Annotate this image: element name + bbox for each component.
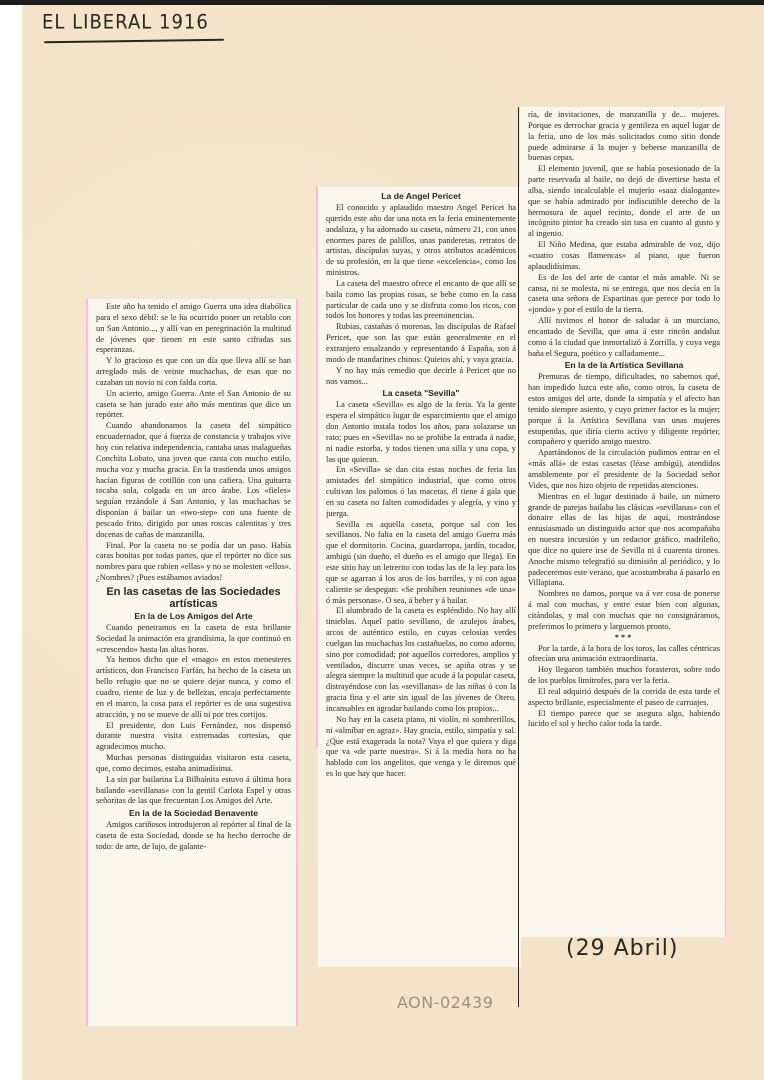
paragraph: El Niño Medina, que estaba admirable de … [528,240,720,273]
paragraph: Y no hay más remedio que decirle á Peric… [326,366,516,388]
paragraph: Rubias, castañas ó morenas, las discípul… [326,322,516,365]
paragraph: El elemento juvenil, que se había posesi… [528,164,720,240]
handwritten-date: (29 Abril) [566,936,678,961]
clipping-column-3: ría, de invitaciones, de manzanilla y de… [520,107,725,937]
paragraph: En «Sevilla» se dan cita estas noches de… [326,465,516,519]
paragraph: Amigos cariñosos introdujeron al repórte… [96,820,291,853]
paragraph: La sin par bailarina La Bilbaínita estuv… [96,775,291,808]
scanner-left-margin [0,5,22,1080]
section-headline: En las casetas de las Sociedades artísti… [96,586,291,610]
paragraph: Cuando penetramos en la caseta de esta b… [96,623,291,656]
paragraph: El presidente, don Luis Fernández, nos d… [96,721,291,754]
paragraph: Este año ha tenido el amigo Guerra una i… [96,302,291,356]
paragraph: Mientras en el lugar destinado á baile, … [528,492,720,590]
paragraph: El tiempo parece que se asegura algo, ha… [528,709,720,731]
subheading: En la de la Artística Sevillana [528,360,720,371]
paragraph: Muchas personas distinguidas visitaron e… [96,753,291,775]
paragraph: Final. Por la caseta no se podía dar un … [96,541,291,584]
separator: *** [528,633,720,644]
subheading: La de Angel Pericet [326,191,516,202]
paragraph: El alumbrado de la caseta es espléndido.… [326,606,516,714]
paragraph: Allí tuvimos el honor de saludar á un mu… [528,316,720,359]
paragraph: Es de los del arte de cantar el más amab… [528,273,720,316]
paragraph: Sevilla es aquella caseta, porque sal co… [326,520,516,607]
paragraph: Apartándonos de la circulación pudimos e… [528,448,720,491]
paragraph: ría, de invitaciones, de manzanilla y de… [528,110,720,164]
paragraph: El real adquirió después de la corrida d… [528,687,720,709]
paragraph: Un acierto, amigo Guerra. Ante el San An… [96,389,291,422]
paragraph: Por la tarde, á la hora de los toros, la… [528,644,720,666]
clipping-column-2: La de Angel Pericet El conocido y aplaud… [318,187,521,967]
archive-code: AON-02439 [397,993,493,1012]
paragraph: La caseta «Sevilla» es algo de la feria.… [326,400,516,465]
paragraph: No hay en la caseta piano, ni violín, ni… [326,715,516,780]
paragraph: Premuras de tiempo, dificultades, no sab… [528,372,720,448]
paragraph: Nombres no damos, porque va á ver cosa d… [528,589,720,632]
subheading: En la de Los Amigos del Arte [96,611,291,622]
subheading: En la de la Sociedad Benavente [96,808,291,819]
column-rule [518,107,519,1007]
paragraph: Cuando abandonamos la caseta del simpáti… [96,421,291,540]
paragraph: Y lo gracioso es que con un día que llev… [96,356,291,389]
clipping-column-1: Este año ha tenido el amigo Guerra una i… [88,299,296,1026]
paragraph: La caseta del maestro ofrece el encanto … [326,279,516,322]
paragraph: Ya hemos dicho que el «mago» en estos me… [96,655,291,720]
paragraph: Hoy llegaron también muchos forasteros, … [528,665,720,687]
subheading: La caseta "Sevilla" [326,388,516,399]
paragraph: El conocido y aplaudido maestro Angel Pe… [326,203,516,279]
handwritten-title: EL LIBERAL 1916 [42,11,209,34]
